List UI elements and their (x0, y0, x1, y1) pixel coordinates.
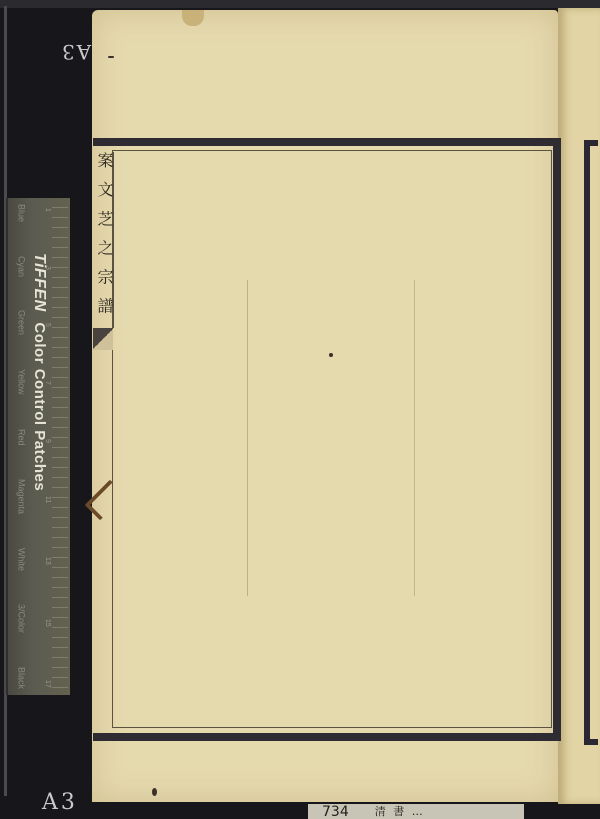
patch-name: Magenta (17, 479, 26, 514)
catalog-label: 734 清 書 … (308, 804, 524, 819)
patch-name: Green (17, 310, 26, 335)
ink-spot (329, 353, 333, 357)
patch-name: White (17, 548, 26, 571)
patch-name: 3/Color (17, 604, 26, 633)
ink-spot (108, 56, 114, 58)
catalog-number: 734 (322, 805, 349, 819)
ruler-tick: 7 (41, 381, 51, 385)
tiffen-color-chart: Blue Cyan Green Yellow Red Magenta White… (6, 198, 70, 695)
patch-name: Cyan (17, 256, 26, 277)
slate-label-top: A3 (60, 40, 91, 64)
ink-spot (152, 788, 157, 796)
adjacent-page-border (584, 140, 598, 745)
scanner-backdrop-edge (0, 0, 600, 8)
ruler-tick: 3 (41, 266, 51, 270)
ruler-tick: 11 (41, 496, 51, 503)
catalog-handwriting: 清 書 … (375, 805, 425, 819)
ruler-tick: 1 (41, 208, 51, 212)
ruler-tick: 13 (41, 557, 51, 565)
ruler-scale (52, 198, 68, 695)
ruler-numbers: 1 3 5 7 9 11 13 15 17 (41, 208, 51, 688)
slate-label-bottom: A3 (42, 790, 78, 815)
ruler-tick: 9 (41, 439, 51, 443)
patch-name: Red (17, 429, 26, 446)
patch-name: Black (17, 667, 26, 689)
patch-name: Yellow (17, 369, 26, 395)
ruler-tick: 17 (41, 680, 51, 688)
ruler-tick: 5 (41, 323, 51, 327)
patch-name-list: Blue Cyan Green Yellow Red Magenta White… (14, 204, 28, 689)
faint-bleed-through-outline (247, 280, 415, 596)
center-column: 案 文 芝 之 宗 譜 (93, 152, 114, 328)
spine-title: 案 文 芝 之 宗 譜 (94, 152, 114, 317)
ruler-tick: 15 (41, 619, 51, 627)
patch-name: Blue (17, 204, 26, 222)
fish-tail-mark (93, 328, 113, 350)
